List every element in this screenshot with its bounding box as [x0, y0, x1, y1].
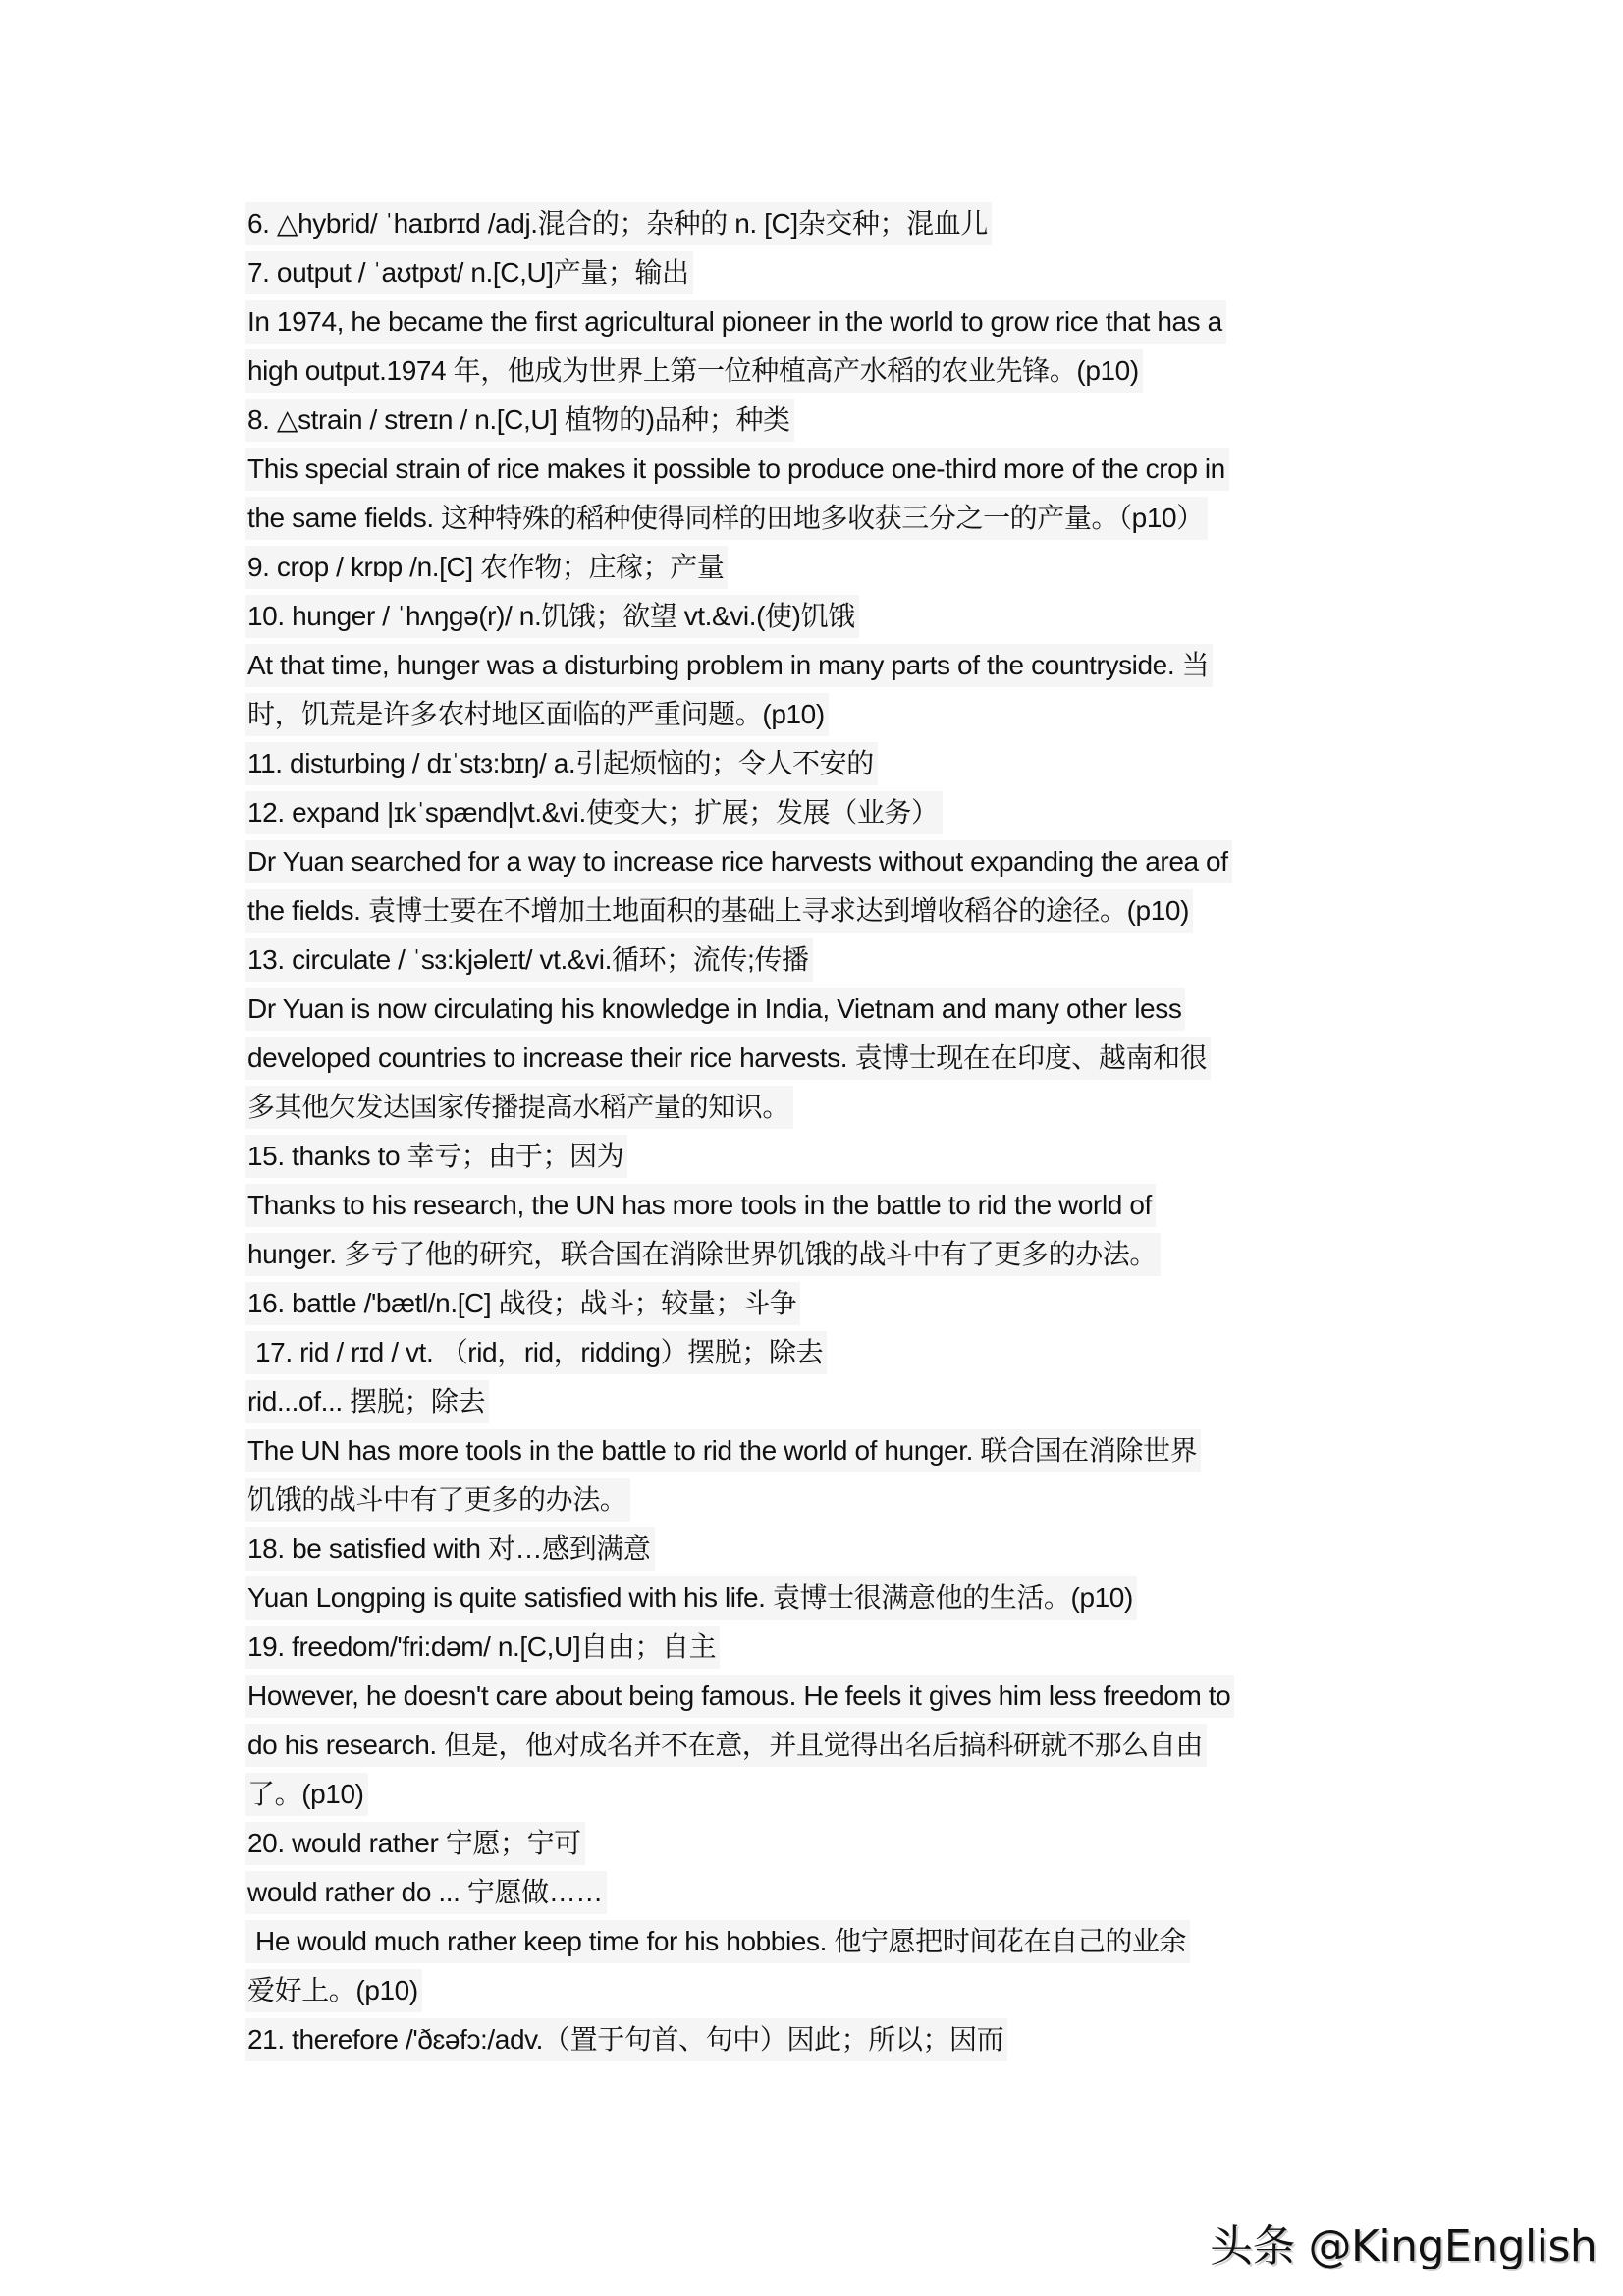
- document-line: 了。(p10): [245, 1773, 368, 1816]
- document-line: However, he doesn't care about being fam…: [245, 1675, 1234, 1718]
- document-line: do his research. 但是，他对成名并不在意，并且觉得出名后搞科研就…: [245, 1724, 1207, 1767]
- entry-freedom: 19. freedom/'fri:dəm/ n.[C,U]自由；自主: [245, 1626, 1404, 1675]
- example-translation: 了。(p10): [245, 1773, 1404, 1822]
- entry-would-rather: 20. would rather 宁愿；宁可: [245, 1822, 1404, 1871]
- document-line: would rather do ... 宁愿做……: [245, 1871, 607, 1914]
- document-line: Dr Yuan searched for a way to increase r…: [245, 840, 1232, 883]
- example-sentence: Thanks to his research, the UN has more …: [245, 1184, 1404, 1233]
- document-line: Yuan Longping is quite satisfied with hi…: [245, 1576, 1137, 1620]
- document-line: 12. expand |ɪkˈspænd|vt.&vi.使变大；扩展；发展（业务…: [245, 791, 943, 834]
- example-sentence: developed countries to increase their ri…: [245, 1037, 1404, 1086]
- entry-crop: 9. crop / krɒp /n.[C] 农作物；庄稼；产量: [245, 546, 1404, 595]
- document-line: the fields. 袁博士要在不增加土地面积的基础上寻求达到增收稻谷的途径。…: [245, 889, 1193, 933]
- example-sentence: At that time, hunger was a disturbing pr…: [245, 644, 1404, 693]
- document-line: 饥饿的战斗中有了更多的办法。: [245, 1478, 630, 1522]
- document-line: 爱好上。(p10): [245, 1969, 422, 2012]
- document-line: 16. battle /'bætl/n.[C] 战役；战斗；较量；斗争: [245, 1282, 800, 1325]
- example-translation: 多其他欠发达国家传播提高水稻产量的知识。: [245, 1086, 1404, 1135]
- example-sentence: Dr Yuan searched for a way to increase r…: [245, 840, 1404, 889]
- entry-therefore: 21. therefore /'ðɛəfɔ:/adv.（置于句首、句中）因此；所…: [245, 2018, 1404, 2067]
- example-translation: 饥饿的战斗中有了更多的办法。: [245, 1478, 1404, 1527]
- document-line: 10. hunger / ˈhʌŋgə(r)/ n.饥饿；欲望 vt.&vi.(…: [245, 595, 859, 638]
- entry-rid: 17. rid / rɪd / vt. （rid，rid，ridding）摆脱；…: [245, 1331, 1404, 1380]
- document-line: At that time, hunger was a disturbing pr…: [245, 644, 1213, 687]
- document-line: 15. thanks to 幸亏；由于；因为: [245, 1135, 627, 1178]
- document-line: 9. crop / krɒp /n.[C] 农作物；庄稼；产量: [245, 546, 728, 589]
- entry-be-satisfied-with: 18. be satisfied with 对…感到满意: [245, 1527, 1404, 1576]
- example-sentence: Yuan Longping is quite satisfied with hi…: [245, 1576, 1404, 1626]
- phrase-would-rather-do: would rather do ... 宁愿做……: [245, 1871, 1404, 1920]
- document-line: This special strain of rice makes it pos…: [245, 448, 1229, 491]
- entry-strain: 8. △strain / streɪn / n.[C,U] 植物的)品种；种类: [245, 399, 1404, 448]
- document-line: high output.1974 年，他成为世界上第一位种植高产水稻的农业先锋。…: [245, 349, 1143, 393]
- document-line: He would much rather keep time for his h…: [245, 1920, 1190, 1963]
- vocabulary-document: 6. △hybrid/ ˈhaɪbrɪd /adj.混合的；杂种的 n. [C]…: [245, 202, 1404, 2067]
- document-line: the same fields. 这种特殊的稻种使得同样的田地多收获三分之一的产…: [245, 497, 1208, 540]
- document-line: 6. △hybrid/ ˈhaɪbrɪd /adj.混合的；杂种的 n. [C]…: [245, 202, 992, 245]
- example-sentence: In 1974, he became the first agricultura…: [245, 300, 1404, 349]
- document-line: The UN has more tools in the battle to r…: [245, 1429, 1201, 1472]
- document-line: 11. disturbing / dɪˈstɜ:bɪŋ/ a.引起烦恼的；令人不…: [245, 742, 878, 785]
- entry-circulate: 13. circulate / ˈsɜ:kjəleɪt/ vt.&vi.循环；流…: [245, 938, 1404, 988]
- watermark: 头条 @KingEnglish: [1210, 2211, 1596, 2273]
- example-translation: do his research. 但是，他对成名并不在意，并且觉得出名后搞科研就…: [245, 1724, 1404, 1773]
- example-sentence: The UN has more tools in the battle to r…: [245, 1429, 1404, 1478]
- entry-battle: 16. battle /'bætl/n.[C] 战役；战斗；较量；斗争: [245, 1282, 1404, 1331]
- example-translation: the same fields. 这种特殊的稻种使得同样的田地多收获三分之一的产…: [245, 497, 1404, 546]
- document-line: Thanks to his research, the UN has more …: [245, 1184, 1156, 1227]
- document-line: 13. circulate / ˈsɜ:kjəleɪt/ vt.&vi.循环；流…: [245, 938, 813, 982]
- document-line: rid...of... 摆脱；除去: [245, 1380, 489, 1423]
- document-line: 多其他欠发达国家传播提高水稻产量的知识。: [245, 1086, 793, 1129]
- entry-hybrid: 6. △hybrid/ ˈhaɪbrɪd /adj.混合的；杂种的 n. [C]…: [245, 202, 1404, 251]
- entry-thanks-to: 15. thanks to 幸亏；由于；因为: [245, 1135, 1404, 1184]
- example-translation: high output.1974 年，他成为世界上第一位种植高产水稻的农业先锋。…: [245, 349, 1404, 399]
- example-sentence: He would much rather keep time for his h…: [245, 1920, 1404, 1969]
- example-sentence: This special strain of rice makes it pos…: [245, 448, 1404, 497]
- document-line: 21. therefore /'ðɛəfɔ:/adv.（置于句首、句中）因此；所…: [245, 2018, 1007, 2061]
- entry-hunger: 10. hunger / ˈhʌŋgə(r)/ n.饥饿；欲望 vt.&vi.(…: [245, 595, 1404, 644]
- document-line: 20. would rather 宁愿；宁可: [245, 1822, 585, 1865]
- entry-expand: 12. expand |ɪkˈspænd|vt.&vi.使变大；扩展；发展（业务…: [245, 791, 1404, 840]
- document-line: 18. be satisfied with 对…感到满意: [245, 1527, 655, 1571]
- example-translation: the fields. 袁博士要在不增加土地面积的基础上寻求达到增收稻谷的途径。…: [245, 889, 1404, 938]
- document-line: 7. output / ˈaʊtpʊt/ n.[C,U]产量；输出: [245, 251, 693, 294]
- document-line: 8. △strain / streɪn / n.[C,U] 植物的)品种；种类: [245, 399, 794, 442]
- document-line: developed countries to increase their ri…: [245, 1037, 1211, 1080]
- entry-output: 7. output / ˈaʊtpʊt/ n.[C,U]产量；输出: [245, 251, 1404, 300]
- example-translation: hunger. 多亏了他的研究，联合国在消除世界饥饿的战斗中有了更多的办法。: [245, 1233, 1404, 1282]
- phrase-rid-of: rid...of... 摆脱；除去: [245, 1380, 1404, 1429]
- document-line: 17. rid / rɪd / vt. （rid，rid，ridding）摆脱；…: [245, 1331, 827, 1374]
- document-line: hunger. 多亏了他的研究，联合国在消除世界饥饿的战斗中有了更多的办法。: [245, 1233, 1161, 1276]
- example-translation: 爱好上。(p10): [245, 1969, 1404, 2018]
- example-sentence: Dr Yuan is now circulating his knowledge…: [245, 988, 1404, 1037]
- example-translation: 时，饥荒是许多农村地区面临的严重问题。(p10): [245, 693, 1404, 742]
- example-sentence: However, he doesn't care about being fam…: [245, 1675, 1404, 1724]
- document-line: 时，饥荒是许多农村地区面临的严重问题。(p10): [245, 693, 829, 736]
- document-line: Dr Yuan is now circulating his knowledge…: [245, 988, 1185, 1031]
- document-line: 19. freedom/'fri:dəm/ n.[C,U]自由；自主: [245, 1626, 720, 1669]
- entry-disturbing: 11. disturbing / dɪˈstɜ:bɪŋ/ a.引起烦恼的；令人不…: [245, 742, 1404, 791]
- document-line: In 1974, he became the first agricultura…: [245, 300, 1226, 344]
